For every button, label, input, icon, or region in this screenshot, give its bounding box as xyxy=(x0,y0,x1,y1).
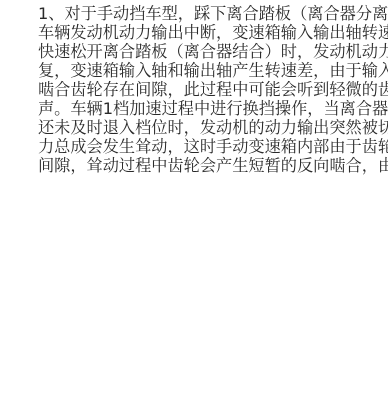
text-line: 车辆发动机动力输出中断，变速箱输入输出轴转速下降， xyxy=(38,23,350,42)
text-line: 力总成会发生耸动，这时手动变速箱内部由于齿轮间存在 xyxy=(38,137,350,156)
text-line: 声。车辆1档加速过程中进行换挡操作，当离合器踩下但 xyxy=(38,99,350,118)
text-line: 间隙，耸动过程中齿轮会产生短暂的反向啮合，由此产生 xyxy=(38,156,350,175)
text-line: 还未及时退入档位时，发动机的动力输出突然被切断，动 xyxy=(38,118,350,137)
text-line: 1、对于手动挡车型，踩下离合踏板（离合器分离）时， xyxy=(38,4,350,23)
document-photo: 1、对于手动挡车型，踩下离合踏板（离合器分离）时， 车辆发动机动力输出中断，变速… xyxy=(0,0,388,400)
text-line: 啮合齿轮存在间隙，此过程中可能会听到轻微的齿轮敲击 xyxy=(38,80,350,99)
text-line: 快速松开离合踏板（离合器结合）时，发动机动力输出恢 xyxy=(38,42,350,61)
text-line: 复，变速箱输入轴和输出轴产生转速差，由于输入输出轴 xyxy=(38,61,350,80)
